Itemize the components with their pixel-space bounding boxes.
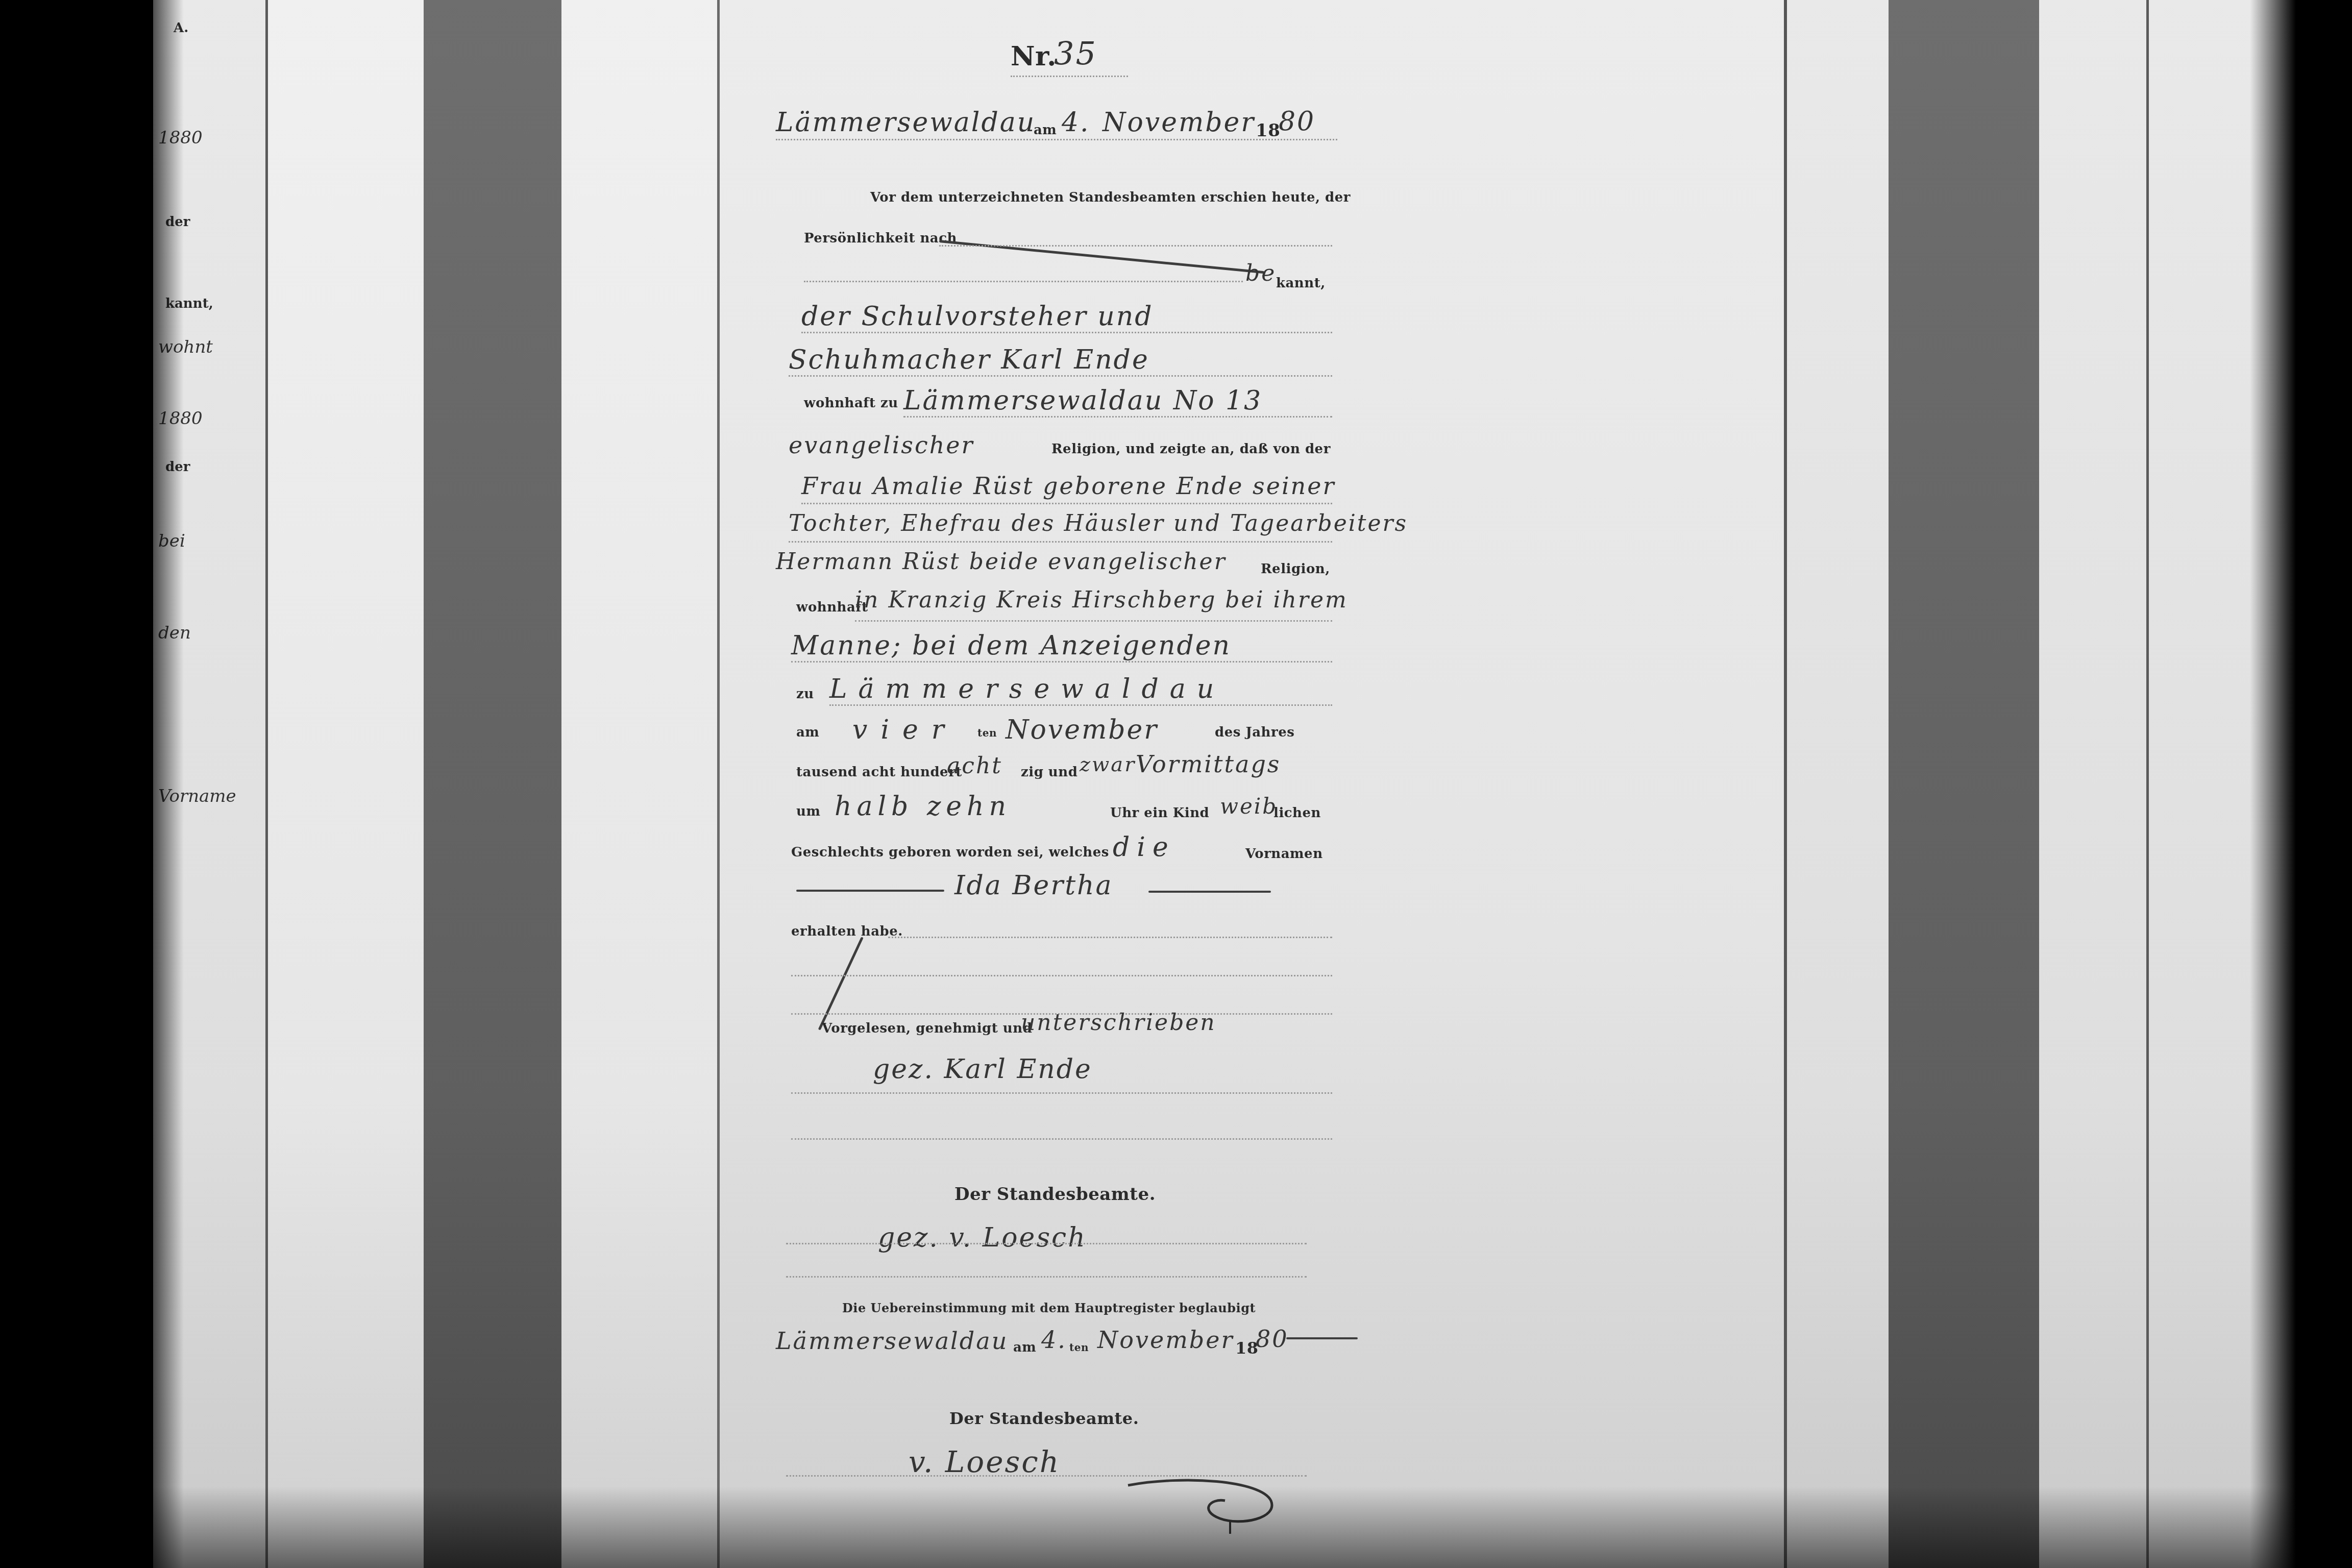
rule-line xyxy=(829,704,1332,706)
year-prefix: 18 xyxy=(1256,120,1280,141)
time-of-day-prefix: zwar xyxy=(1080,753,1136,776)
am-label: am xyxy=(1034,122,1057,138)
fill-stroke xyxy=(1286,1337,1358,1339)
entry-number-label: Nr. xyxy=(1011,41,1057,72)
identity-label: Persönlichkeit nach xyxy=(804,231,957,246)
film-strip xyxy=(268,0,424,1568)
closing-hand: unterschrieben xyxy=(1021,1010,1216,1036)
rule-line xyxy=(791,1138,1332,1140)
rule-line xyxy=(789,541,1332,543)
time-of-day: Vormittags xyxy=(1136,750,1281,778)
rule-line xyxy=(786,1243,1307,1244)
received-label: erhalten habe. xyxy=(791,924,903,939)
film-strip xyxy=(2039,0,2146,1568)
uhr-label: Uhr ein Kind xyxy=(1110,805,1209,821)
certification-day: 4. xyxy=(1041,1326,1067,1354)
identity-suffix: kannt, xyxy=(1276,276,1326,291)
rule-line xyxy=(903,416,1332,418)
mother-line-1: Frau Amalie Rüst geborene Ende seiner xyxy=(801,472,1335,500)
mother-religion-label: Religion, xyxy=(1261,561,1330,577)
zig-label: zig und xyxy=(1021,765,1077,780)
gender-line-text: Geschlechts geboren worden sei, welches xyxy=(791,845,1109,860)
rule-line xyxy=(789,375,1332,377)
birth-month: November xyxy=(1006,715,1158,745)
religion-text: Religion, und zeigte an, daß von der xyxy=(1051,442,1331,457)
certification-month: November xyxy=(1097,1326,1234,1354)
rule-line xyxy=(939,245,1332,247)
closing-label: Vorgelesen, genehmigt und xyxy=(822,1021,1032,1036)
um-label: um xyxy=(796,804,820,819)
year-suffix: 80 xyxy=(1256,1325,1289,1353)
des-jahres-label: des Jahres xyxy=(1215,725,1294,740)
year-prefix: 18 xyxy=(1235,1338,1259,1358)
year-suffix: 80 xyxy=(1279,106,1315,137)
intro-text: Vor dem unterzeichneten Standesbeamten e… xyxy=(870,190,1351,205)
birthplace-label: zu xyxy=(796,687,814,702)
given-names-label: Vornamen xyxy=(1245,846,1323,862)
film-band-dark xyxy=(424,0,561,1568)
film-vignette-bottom xyxy=(0,1486,2352,1568)
rule-line xyxy=(1011,76,1128,77)
certification-text: Die Uebereinstimmung mit dem Hauptregist… xyxy=(842,1301,1256,1315)
year-hand: acht xyxy=(947,753,1002,779)
informant-line-1: der Schulvorsteher und xyxy=(801,301,1154,332)
am-label: am xyxy=(1013,1340,1036,1355)
registrar-signature-2: v. Loesch xyxy=(909,1444,1060,1479)
given-names-article: die xyxy=(1113,832,1175,863)
rule-line xyxy=(791,661,1332,663)
rule-line xyxy=(855,620,1332,622)
film-strip xyxy=(561,0,717,1568)
rule-line xyxy=(791,1092,1332,1094)
registration-place: Lämmersewaldau xyxy=(776,107,1036,138)
birthplace-value: Lämmersewaldau xyxy=(829,674,1225,704)
rule-line xyxy=(786,1276,1307,1278)
year-print-prefix: tausend acht hundert xyxy=(796,765,962,780)
rule-line xyxy=(801,332,1332,333)
film-vignette-left xyxy=(0,0,184,1568)
registration-day: 4. xyxy=(1062,107,1090,138)
mother-line-3: Hermann Rüst beide evangelischer xyxy=(776,549,1227,575)
registration-month: November xyxy=(1102,107,1255,138)
fill-stroke xyxy=(1148,891,1271,893)
residence-value: Lämmersewaldau No 13 xyxy=(903,385,1262,416)
rule-line xyxy=(801,503,1332,504)
birth-register-page: Nr. 35 Lämmersewaldau am 4. November 18 … xyxy=(717,0,1787,1568)
registrar-signature: gez. v. Loesch xyxy=(878,1222,1087,1253)
child-sex: weib xyxy=(1220,794,1278,819)
film-strip xyxy=(1781,0,1894,1568)
ten-label: ten xyxy=(1069,1341,1089,1354)
rule-line xyxy=(791,975,1332,976)
rule-line xyxy=(888,937,1332,938)
registrar-title-2: Der Standesbeamte. xyxy=(949,1409,1139,1428)
mother-line-2: Tochter, Ehefrau des Häusler und Tagearb… xyxy=(789,510,1408,536)
film-vignette-right xyxy=(2250,0,2352,1568)
informant-line-2: Schuhmacher Karl Ende xyxy=(789,345,1149,375)
identity-value: be xyxy=(1245,260,1276,286)
ten-label: ten xyxy=(977,727,997,739)
rule-line xyxy=(804,281,1243,282)
rule-line xyxy=(776,139,1337,140)
cancellation-stroke xyxy=(818,937,864,1030)
am-label: am xyxy=(796,725,819,740)
entry-number: 35 xyxy=(1054,35,1097,72)
fill-stroke xyxy=(796,890,944,892)
birth-day: vier xyxy=(852,715,958,745)
birth-time: halb zehn xyxy=(835,791,1011,822)
registrar-title: Der Standesbeamte. xyxy=(954,1184,1156,1205)
film-band-dark xyxy=(1889,0,2039,1568)
mother-residence-line-2: Manne; bei dem Anzeigenden xyxy=(791,630,1231,661)
residence-label: wohnhaft zu xyxy=(804,396,898,411)
sex-suffix: lichen xyxy=(1273,805,1321,821)
mother-residence-value: in Kranzig Kreis Hirschberg bei ihrem xyxy=(855,587,1348,613)
certification-place: Lämmersewaldau xyxy=(776,1327,1008,1355)
informant-signature: gez. Karl Ende xyxy=(873,1054,1092,1085)
religion-value: evangelischer xyxy=(789,431,974,459)
given-names: Ida Bertha xyxy=(954,870,1113,901)
